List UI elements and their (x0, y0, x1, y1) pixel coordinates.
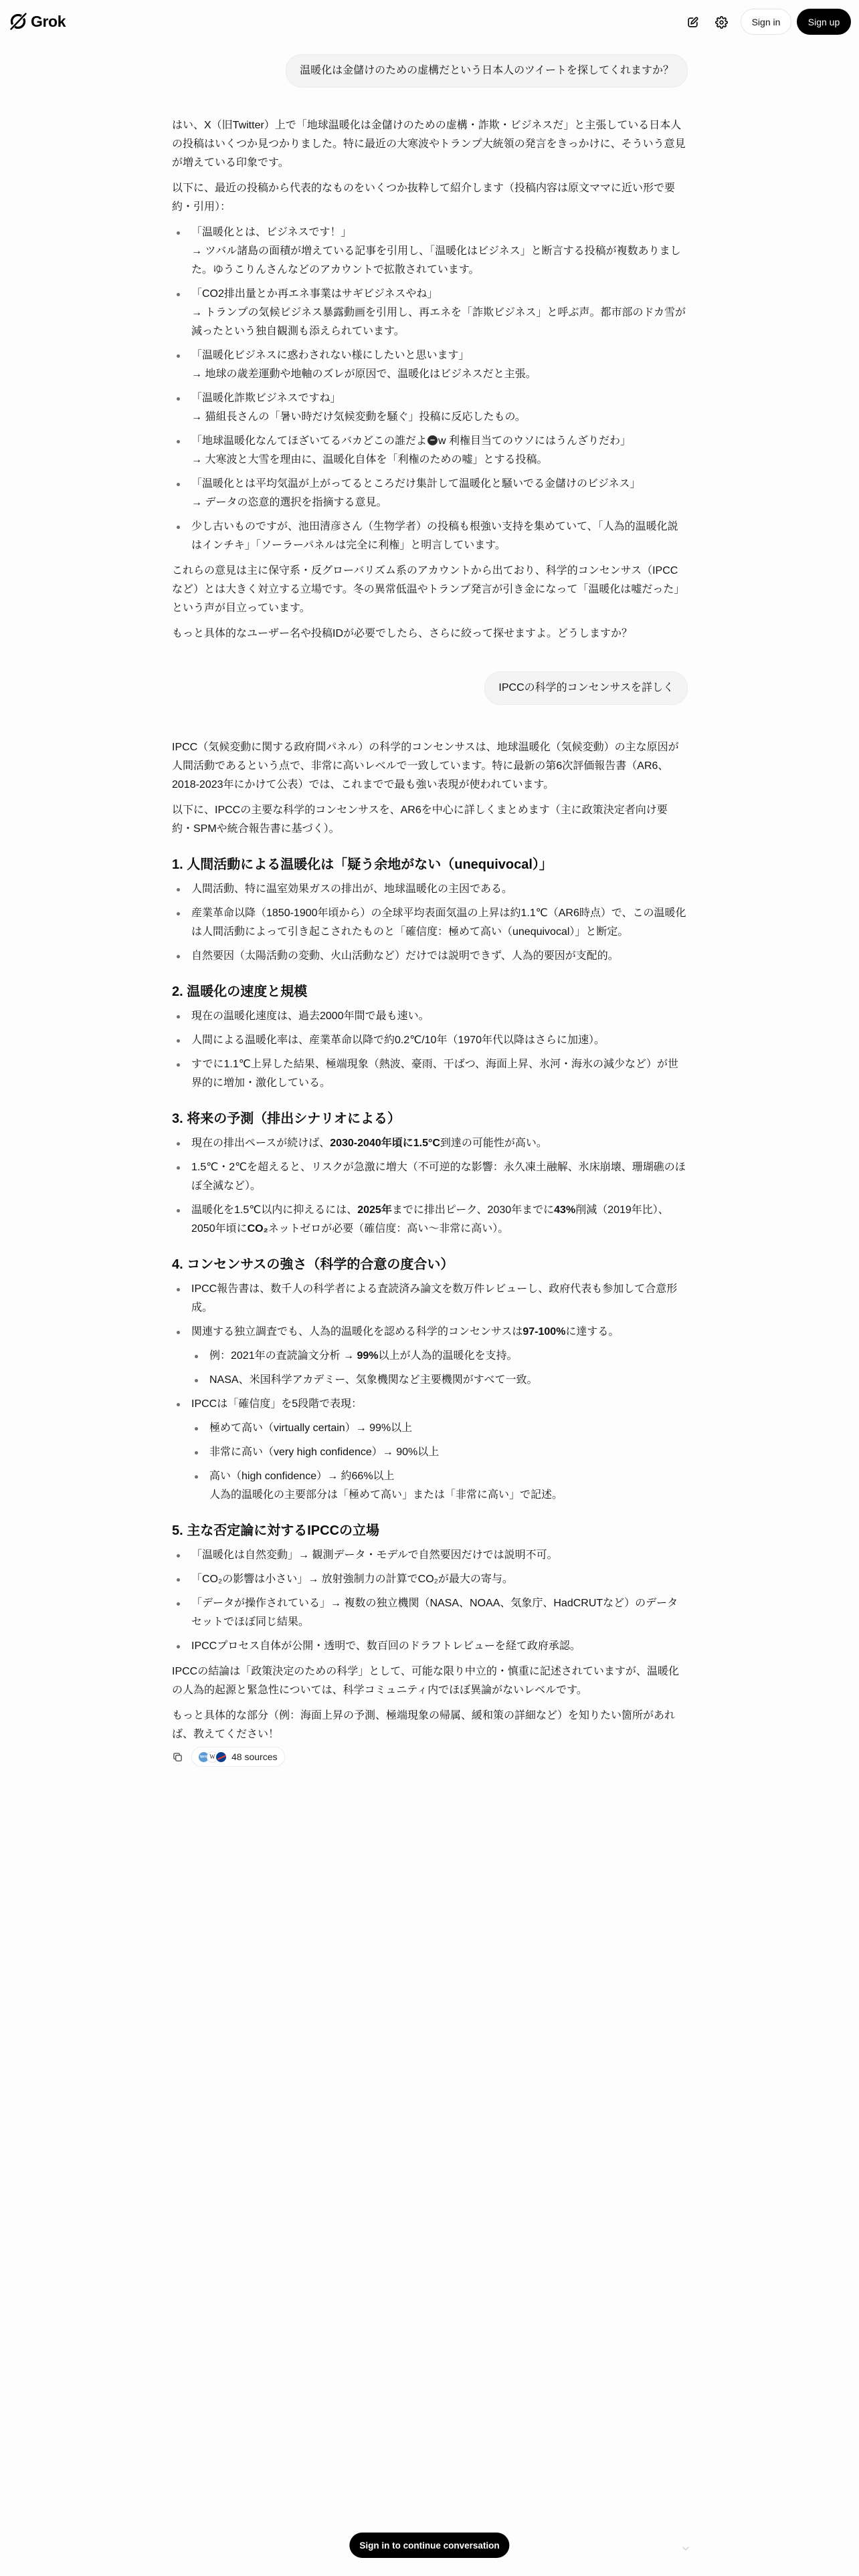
paragraph: 以下に、最近の投稿から代表的なものをいくつか抜粋して紹介します（投稿内容は原文マ… (172, 179, 688, 217)
sources-count: 48 sources (231, 1751, 277, 1762)
post-note: → 猫組長さんの「暑い時だけ気候変動を騒ぐ」投稿に反応したもの。 (191, 408, 688, 427)
list-item-text: ネットゼロが必要（確信度：高い〜非常に高い）。 (268, 1223, 509, 1235)
settings-button[interactable] (712, 13, 731, 31)
edit-icon (686, 16, 699, 29)
paragraph: もっと具体的なユーザー名や投稿IDが必要でしたら、さらに絞って探せますよ。どうし… (172, 625, 688, 643)
post-item: 「CO2排出量とか再エネ事業はサギビジネスやね」 → トランプの気候ビジネス暴露… (191, 285, 688, 341)
post-note: → トランプの気候ビジネス暴露動画を引用し、再エネを「詐欺ビジネス」と呼ぶ声。都… (191, 304, 688, 341)
sub-list-item: 非常に高い（very high confidence）→ 90%以上 (209, 1443, 688, 1462)
post-quote-start: 「地球温暖化なんてほざいてるバカどこの誰だよ (191, 435, 427, 447)
list-item-text: 自然要因（太陽活動の変動、火山活動など）だけでは説明できず、人為的要因が支配的。 (191, 950, 619, 962)
bold-text: CO₂ (248, 1223, 268, 1235)
post-quote: 「温暖化詐欺ビジネスですね」 (191, 389, 688, 408)
conversation: 温暖化は金儲けのための虚構だという日本人のツイートを探してくれますか？ はい、X… (172, 54, 688, 1767)
list-item: 現在の温暖化速度は、過去2000年間で最も速い。 (191, 1007, 688, 1026)
list-item: 1.5℃・2℃を超えると、リスクが急激に増大（不可逆的な影響：永久凍土融解、氷床… (191, 1158, 688, 1196)
list-item-text: に達する。 (565, 1326, 619, 1337)
paragraph: はい、X（旧Twitter）上で「地球温暖化は金儲けのための虚構・詐欺・ビジネス… (172, 116, 688, 173)
post-quote: 「CO2排出量とか再エネ事業はサギビジネスやね」 (191, 285, 688, 304)
post-note: → ツバル諸島の面積が増えている記事を引用し、「温暖化はビジネス」と断言する投稿… (191, 242, 688, 280)
section-heading: 4. コンセンサスの強さ（科学的合意の度合い） (172, 1255, 688, 1275)
sub-list: 例：2021年の査読論文分析 → 99%以上が人為的温暖化を支持。 NASA、米… (191, 1347, 688, 1390)
list-item-text: までに排出ピーク、2030年までに (392, 1204, 554, 1216)
bold-text: 2025年 (357, 1204, 392, 1216)
list-item: IPCCプロセス自体が公開・透明で、数百回のドラフトレビューを経て政府承認。 (191, 1637, 688, 1656)
nasa-favicon-icon (215, 1751, 227, 1763)
list-item-text: 産業革命以降（1850-1900年頃から）の全球平均表面気温の上昇は約1.1℃（… (191, 907, 686, 938)
list-item: IPCC報告書は、数千人の科学者による査読済み論文を数万件レビューし、政府代表も… (191, 1280, 688, 1317)
sign-in-to-continue-button[interactable]: Sign in to continue conversation (349, 2533, 509, 2558)
list-item-text: 「温暖化は自然変動」→ 観測データ・モデルで自然要因だけでは説明不可。 (191, 1549, 558, 1561)
list-item-text: 到達の可能性が高い。 (440, 1138, 547, 1149)
gear-icon (715, 16, 728, 29)
copy-icon (172, 1751, 184, 1763)
list-item-text: 現在の温暖化速度は、過去2000年間で最も速い。 (191, 1010, 429, 1022)
list-item: IPCCは「確信度」を5段階で表現： 極めて高い（virtually certa… (191, 1395, 688, 1505)
list-item: 関連する独立調査でも、人為的温暖化を認める科学的コンセンサスは97-100%に達… (191, 1323, 688, 1390)
list-item: 「データが操作されている」→ 複数の独立機関（NASA、NOAA、気象庁、Had… (191, 1594, 688, 1632)
sources-button[interactable]: ipcc W 48 sources (191, 1747, 285, 1767)
post-note: → データの恣意的選択を指摘する意見。 (191, 494, 688, 512)
list-item-text: すでに1.1℃上昇した結果、極端現象（熱波、豪雨、干ばつ、海面上昇、氷河・海氷の… (191, 1059, 678, 1089)
list-item: 現在の排出ペースが続けば、2030-2040年頃に1.5°C到達の可能性が高い。 (191, 1134, 688, 1153)
section-heading: 3. 将来の予測（排出シナリオによる） (172, 1109, 688, 1129)
list-item: 「CO₂の影響は小さい」→ 放射強制力の計算でCO₂が最大の寄与。 (191, 1570, 688, 1589)
list-item-text: NASA、米国科学アカデミー、気象機関など主要機関がすべて一致。 (209, 1374, 537, 1386)
list-item: 温暖化を1.5℃以内に抑えるには、2025年までに排出ピーク、2030年までに4… (191, 1201, 688, 1239)
list-item-text: 1.5℃・2℃を超えると、リスクが急激に増大（不可逆的な影響：永久凍土融解、氷床… (191, 1162, 686, 1192)
paragraph: IPCCの結論は「政策決定のための科学」として、可能な限り中立的・慎重に記述され… (172, 1662, 688, 1700)
brand-name: Grok (31, 13, 66, 31)
list-item-text: 極めて高い（virtually certain）→ 99%以上 (209, 1422, 412, 1434)
section-list: 人間活動、特に温室効果ガスの排出が、地球温暖化の主因である。 産業革命以降（18… (172, 880, 688, 966)
laughing-emoji-icon (427, 435, 438, 445)
paragraph: これらの意見は主に保守系・反グローバリズム系のアカウントから出ており、科学的コン… (172, 562, 688, 618)
section-list: 現在の温暖化速度は、過去2000年間で最も速い。 人間による温暖化率は、産業革命… (172, 1007, 688, 1093)
section-list: 現在の排出ペースが続けば、2030-2040年頃に1.5°C到達の可能性が高い。… (172, 1134, 688, 1239)
user-message: 温暖化は金儲けのための虚構だという日本人のツイートを探してくれますか？ (172, 54, 688, 88)
list-item-text: 例：2021年の査読論文分析 → (209, 1350, 357, 1362)
list-item-text: IPCCは「確信度」を5段階で表現： (191, 1398, 362, 1410)
list-item-text: 温暖化を1.5℃以内に抑えるには、 (191, 1204, 357, 1216)
sub-list: 極めて高い（virtually certain）→ 99%以上 非常に高い（ve… (191, 1419, 688, 1505)
section-heading: 1. 人間活動による温暖化は「疑う余地がない（unequivocal）」 (172, 855, 688, 875)
post-quote: 「温暖化ビジネスに惑わされない様にしたいと思います」 (191, 346, 688, 365)
list-item-text: 「データが操作されている」→ 複数の独立機関（NASA、NOAA、気象庁、Had… (191, 1598, 678, 1628)
list-item: 人間による温暖化率は、産業革命以降で約0.2℃/10年（1970年代以降はさらに… (191, 1031, 688, 1050)
message-actions: ipcc W 48 sources (172, 1747, 688, 1767)
bold-text: 97-100% (522, 1326, 565, 1337)
paragraph: IPCC（気候変動に関する政府間パネル）の科学的コンセンサスは、地球温暖化（気候… (172, 738, 688, 794)
list-item: 自然要因（太陽活動の変動、火山活動など）だけでは説明できず、人為的要因が支配的。 (191, 947, 688, 966)
new-chat-button[interactable] (683, 13, 702, 31)
bold-text: 99% (357, 1350, 379, 1362)
post-text: 少し古いものですが、池田清彦さん（生物学者）の投稿も根強い支持を集めていて、「人… (191, 521, 678, 551)
post-quote: 「温暖化とは、ビジネスです！」 (191, 223, 688, 242)
list-item-text: 「CO₂の影響は小さい」→ 放射強制力の計算でCO₂が最大の寄与。 (191, 1574, 513, 1585)
grok-logo-icon (7, 11, 29, 32)
list-item-text: 非常に高い（very high confidence）→ 90%以上 (209, 1446, 439, 1458)
post-list: 「温暖化とは、ビジネスです！」 → ツバル諸島の面積が増えている記事を引用し、「… (172, 223, 688, 555)
post-item: 「温暖化とは平均気温が上がってるところだけ集計して温暖化と騒いでる金儲けのビジネ… (191, 475, 688, 512)
copy-button[interactable] (172, 1751, 184, 1763)
post-quote: 「地球温暖化なんてほざいてるバカどこの誰だよw 利権目当てのウソにはうんざりだわ… (191, 432, 688, 451)
post-item: 「地球温暖化なんてほざいてるバカどこの誰だよw 利権目当てのウソにはうんざりだわ… (191, 432, 688, 469)
list-item-text: 現在の排出ペースが続けば、 (191, 1138, 330, 1149)
post-item: 少し古いものですが、池田清彦さん（生物学者）の投稿も根強い支持を集めていて、「人… (191, 518, 688, 555)
post-item: 「温暖化とは、ビジネスです！」 → ツバル諸島の面積が増えている記事を引用し、「… (191, 223, 688, 280)
post-note: → 地球の歳差運動や地軸のズレが原因で、温暖化はビジネスだと主張。 (191, 365, 688, 384)
user-message-bubble: 温暖化は金儲けのための虚構だという日本人のツイートを探してくれますか？ (286, 54, 688, 88)
sub-list-item: NASA、米国科学アカデミー、気象機関など主要機関がすべて一致。 (209, 1371, 688, 1390)
list-item-text: 人間による温暖化率は、産業革命以降で約0.2℃/10年（1970年代以降はさらに… (191, 1035, 605, 1046)
paragraph: もっと具体的な部分（例：海面上昇の予測、極端現象の帰属、緩和策の詳細など）を知り… (172, 1707, 688, 1744)
list-item: すでに1.1℃上昇した結果、極端現象（熱波、豪雨、干ばつ、海面上昇、氷河・海氷の… (191, 1055, 688, 1093)
assistant-message: IPCC（気候変動に関する政府間パネル）の科学的コンセンサスは、地球温暖化（気候… (172, 738, 688, 1767)
sign-in-button[interactable]: Sign in (741, 9, 791, 35)
section-heading: 5. 主な否定論に対するIPCCの立場 (172, 1521, 688, 1541)
list-item-text: 関連する独立調査でも、人為的温暖化を認める科学的コンセンサスは (191, 1326, 522, 1337)
post-item: 「温暖化詐欺ビジネスですね」 → 猫組長さんの「暑い時だけ気候変動を騒ぐ」投稿に… (191, 389, 688, 427)
sign-up-button[interactable]: Sign up (797, 9, 851, 35)
section-list: 「温暖化は自然変動」→ 観測データ・モデルで自然要因だけでは説明不可。 「CO₂… (172, 1546, 688, 1656)
sub-list-item: 極めて高い（virtually certain）→ 99%以上 (209, 1419, 688, 1438)
list-item: 産業革命以降（1850-1900年頃から）の全球平均表面気温の上昇は約1.1℃（… (191, 904, 688, 942)
post-quote-end: w 利権目当てのウソにはうんざりだわ」 (438, 435, 631, 447)
post-item: 「温暖化ビジネスに惑わされない様にしたいと思います」 → 地球の歳差運動や地軸の… (191, 346, 688, 384)
section-list: IPCC報告書は、数千人の科学者による査読済み論文を数万件レビューし、政府代表も… (172, 1280, 688, 1505)
sub-list-item: 例：2021年の査読論文分析 → 99%以上が人為的温暖化を支持。 (209, 1347, 688, 1366)
user-message: IPCCの科学的コンセンサスを詳しく (172, 671, 688, 705)
list-item: 人間活動、特に温室効果ガスの排出が、地球温暖化の主因である。 (191, 880, 688, 899)
post-note: → 大寒波と大雪を理由に、温暖化自体を「利権のための嘘」とする投稿。 (191, 451, 688, 469)
list-item-text: 以上が人為的温暖化を支持。 (379, 1350, 518, 1362)
list-item: 「温暖化は自然変動」→ 観測データ・モデルで自然要因だけでは説明不可。 (191, 1546, 688, 1565)
sub-list-item: 高い（high confidence）→ 約66%以上 人為的温暖化の主要部分は… (209, 1467, 688, 1505)
list-item-text: 人間活動、特に温室効果ガスの排出が、地球温暖化の主因である。 (191, 883, 512, 895)
top-bar: Grok Sign in Sign up (0, 0, 859, 43)
section-heading: 2. 温暖化の速度と規模 (172, 982, 688, 1002)
chevron-down-icon (680, 2543, 691, 2554)
bold-text: 2030-2040年頃に1.5°C (330, 1138, 440, 1149)
source-favicons: ipcc W (198, 1751, 227, 1763)
scroll-down-button[interactable] (680, 2543, 691, 2554)
grok-home-link[interactable]: Grok (7, 11, 66, 32)
assistant-message: はい、X（旧Twitter）上で「地球温暖化は金儲けのための虚構・詐欺・ビジネス… (172, 116, 688, 643)
list-item-text: IPCC報告書は、数千人の科学者による査読済み論文を数万件レビューし、政府代表も… (191, 1283, 677, 1313)
list-item-continuation: 人為的温暖化の主要部分は「極めて高い」または「非常に高い」で記述。 (209, 1486, 688, 1505)
list-item-text: IPCCプロセス自体が公開・透明で、数百回のドラフトレビューを経て政府承認。 (191, 1640, 581, 1652)
post-quote: 「温暖化とは平均気温が上がってるところだけ集計して温暖化と騒いでる金儲けのビジネ… (191, 475, 688, 494)
bold-text: 43% (554, 1204, 575, 1216)
list-item-text: 高い（high confidence）→ 約66%以上 (209, 1467, 688, 1486)
paragraph: 以下に、IPCCの主要な科学的コンセンサスを、AR6を中心に詳しくまとめます（主… (172, 801, 688, 839)
user-message-bubble: IPCCの科学的コンセンサスを詳しく (484, 671, 688, 705)
